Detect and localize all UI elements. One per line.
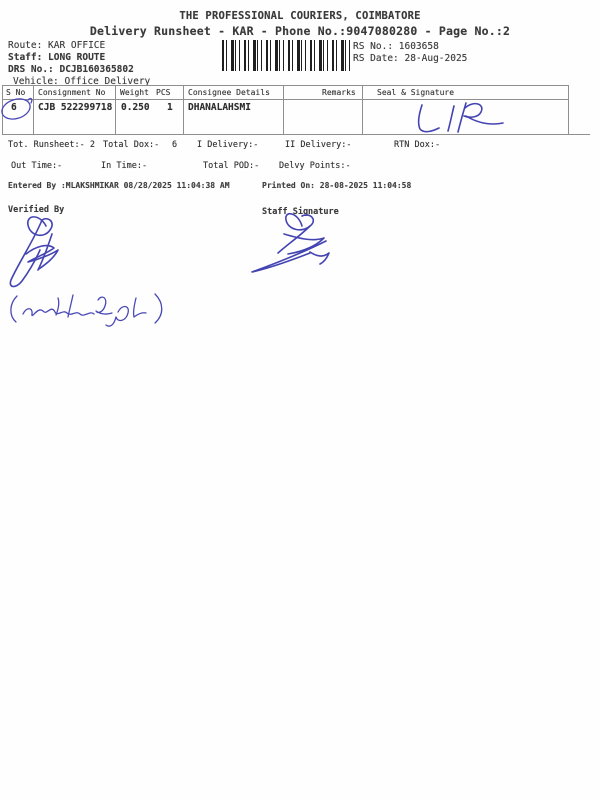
seal-signature-mark [408, 98, 528, 140]
entered-by: Entered By :MLAKSHMIKAR 08/28/2025 11:04… [8, 181, 230, 190]
total-dox-value: 6 [172, 140, 177, 150]
col-header-consignment: Consignment No [38, 88, 105, 97]
table-vline [115, 85, 116, 134]
rtn-dox: RTN Dox:- [394, 140, 440, 150]
scanned-delivery-runsheet: THE PROFESSIONAL COURIERS, COIMBATORE De… [0, 0, 600, 800]
rs-date: RS Date: 28-Aug-2025 [353, 53, 467, 64]
delivery-points: Delvy Points:- [279, 161, 351, 171]
col-header-pcs: PCS [156, 88, 170, 97]
total-pod: Total POD:- [203, 161, 259, 171]
staff-line: Staff: LONG ROUTE [8, 52, 105, 63]
table-top-border [2, 85, 568, 86]
serial-circle-annotation [0, 96, 36, 124]
drs-number-line: DRS No.: DCJB160365802 [8, 64, 134, 75]
col-header-seal-signature: Seal & Signature [377, 88, 454, 97]
in-time: In Time:- [101, 161, 147, 171]
out-time: Out Time:- [11, 161, 62, 171]
total-dox-label: Total Dox:- [103, 140, 159, 150]
runsheet-subtitle: Delivery Runsheet - KAR - Phone No.:9047… [0, 24, 600, 38]
second-delivery: II Delivery:- [285, 140, 352, 150]
row-weight: 0.250 [121, 102, 150, 113]
table-vline [568, 85, 569, 134]
table-vline [283, 85, 284, 134]
verified-by-signature [4, 212, 94, 292]
handwritten-note [6, 290, 166, 328]
first-delivery: I Delivery:- [197, 140, 258, 150]
row-consignee-name: DHANALAHSMI [188, 102, 251, 113]
col-header-weight: Weight [120, 88, 149, 97]
company-title: THE PROFESSIONAL COURIERS, COIMBATORE [0, 10, 600, 22]
total-runsheet: Tot. Runsheet:- 2 [8, 140, 95, 150]
col-header-remarks: Remarks [322, 88, 356, 97]
printed-on: Printed On: 28-08-2025 11:04:58 [262, 181, 411, 190]
row-consignment-number: CJB 522299718 [38, 102, 112, 113]
table-vline [362, 85, 363, 134]
route-line: Route: KAR OFFICE [8, 40, 105, 51]
table-vline [183, 85, 184, 134]
rs-number: RS No.: 1603658 [353, 41, 439, 52]
staff-signature [240, 208, 355, 283]
barcode [222, 40, 350, 71]
col-header-consignee: Consignee Details [188, 88, 270, 97]
row-pcs: 1 [167, 102, 173, 113]
